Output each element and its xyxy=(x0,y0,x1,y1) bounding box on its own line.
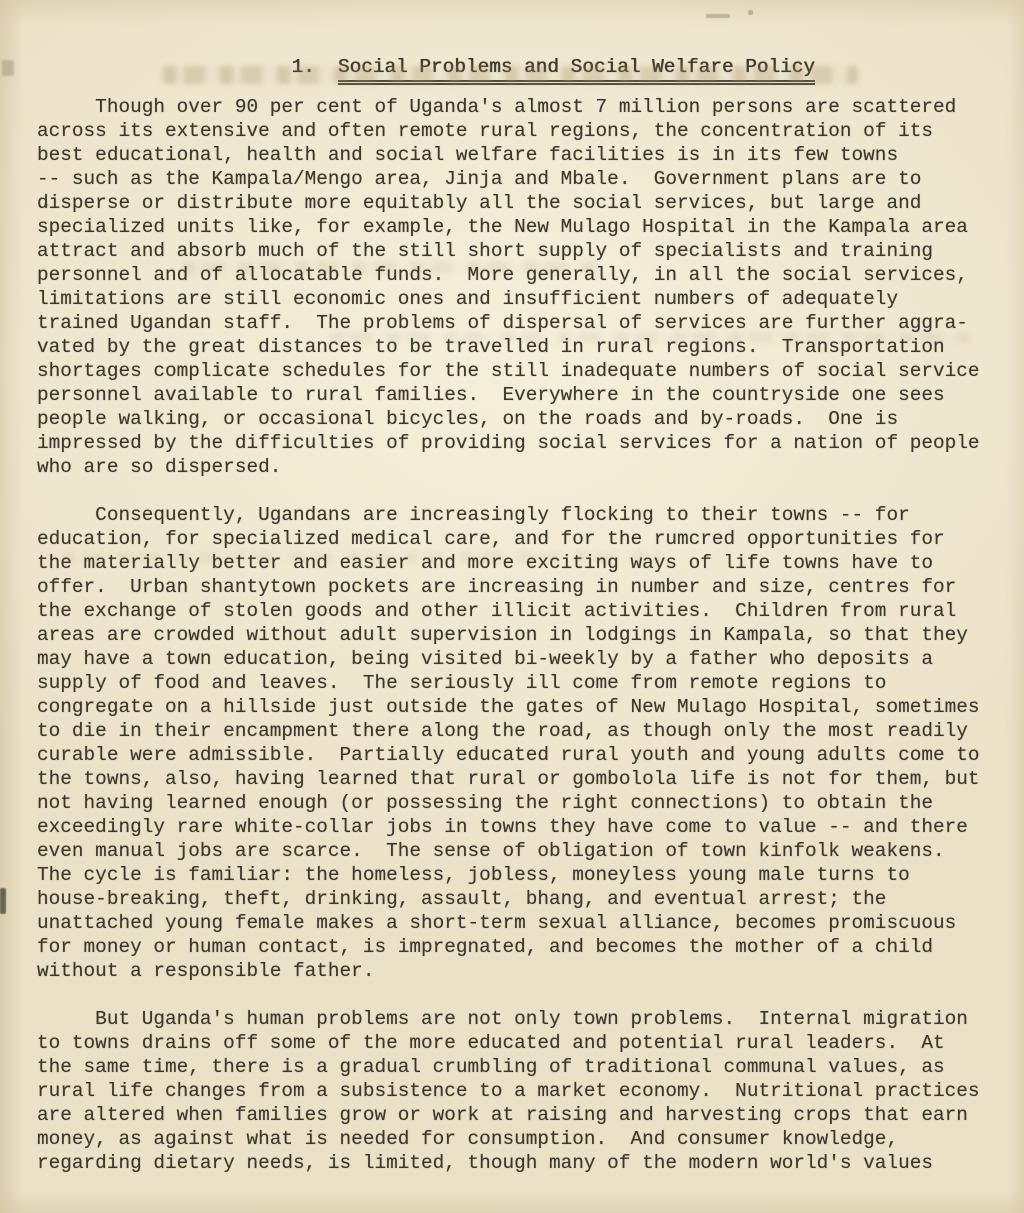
text-line: limitations are still economic ones and … xyxy=(37,287,1007,311)
text-line: education, for specialized medical care,… xyxy=(37,527,1007,551)
text-line: the same time, there is a gradual crumbl… xyxy=(37,1055,1007,1079)
text-line: personnel and of allocatable funds. More… xyxy=(37,263,1007,287)
text-line: to towns drains off some of the more edu… xyxy=(37,1031,1007,1055)
text-line: offer. Urban shantytown pockets are incr… xyxy=(37,575,1007,599)
scan-edge-mark xyxy=(0,888,6,914)
text-line: Consequently, Ugandans are increasingly … xyxy=(37,503,1007,527)
text-line: the materially better and easier and mor… xyxy=(37,551,1007,575)
text-line: not having learned enough (or possessing… xyxy=(37,791,1007,815)
text-line: are altered when families grow or work a… xyxy=(37,1103,1007,1127)
scan-smudge xyxy=(2,60,14,76)
text-line: The cycle is familiar: the homeless, job… xyxy=(37,863,1007,887)
paragraph: But Uganda's human problems are not only… xyxy=(37,1007,1007,1175)
text-line: even manual jobs are scarce. The sense o… xyxy=(37,839,1007,863)
text-line: But Uganda's human problems are not only… xyxy=(37,1007,1007,1031)
text-line: people walking, or occasional bicycles, … xyxy=(37,407,1007,431)
text-line: the towns, also, having learned that rur… xyxy=(37,767,1007,791)
text-line: -- such as the Kampala/Mengo area, Jinja… xyxy=(37,167,1007,191)
paragraph: Consequently, Ugandans are increasingly … xyxy=(37,503,1007,983)
text-line: congregate on a hillside just outside th… xyxy=(37,695,1007,719)
text-line: regarding dietary needs, is limited, tho… xyxy=(37,1151,1007,1175)
text-line: may have a town education, being visited… xyxy=(37,647,1007,671)
text-line: impressed by the difficulties of providi… xyxy=(37,431,1007,455)
scan-smudge xyxy=(706,14,730,18)
text-line: for money or human contact, is impregnat… xyxy=(37,935,1007,959)
section-title: Social Problems and Social Welfare Polic… xyxy=(338,55,815,85)
text-line: trained Ugandan staff. The problems of d… xyxy=(37,311,1007,335)
text-line: the exchange of stolen goods and other i… xyxy=(37,599,1007,623)
text-line: best educational, health and social welf… xyxy=(37,143,1007,167)
text-line: specialized units like, for example, the… xyxy=(37,215,1007,239)
text-line: who are so dispersed. xyxy=(37,455,1007,479)
document-page: 1.Social Problems and Social Welfare Pol… xyxy=(0,0,1024,1213)
text-line: unattached young female makes a short-te… xyxy=(37,911,1007,935)
text-line: rural life changes from a subsistence to… xyxy=(37,1079,1007,1103)
text-line: shortages complicate schedules for the s… xyxy=(37,359,1007,383)
text-line: disperse or distribute more equitably al… xyxy=(37,191,1007,215)
paragraph: Though over 90 per cent of Uganda's almo… xyxy=(37,95,1007,479)
text-line: exceedingly rare white-collar jobs in to… xyxy=(37,815,1007,839)
text-line: without a responsible father. xyxy=(37,959,1007,983)
text-line: across its extensive and often remote ru… xyxy=(37,119,1007,143)
text-line: house-breaking, theft, drinking, assault… xyxy=(37,887,1007,911)
section-number: 1. xyxy=(292,56,315,78)
text-line: supply of food and leaves. The seriously… xyxy=(37,671,1007,695)
text-line: Though over 90 per cent of Uganda's almo… xyxy=(37,95,1007,119)
text-line: to die in their encampment there along t… xyxy=(37,719,1007,743)
text-line: vated by the great distances to be trave… xyxy=(37,335,1007,359)
text-line: money, as against what is needed for con… xyxy=(37,1127,1007,1151)
text-line: curable were admissible. Partially educa… xyxy=(37,743,1007,767)
text-line: personnel available to rural families. E… xyxy=(37,383,1007,407)
text-line: areas are crowded without adult supervis… xyxy=(37,623,1007,647)
scan-speck xyxy=(748,10,753,15)
document-body: Though over 90 per cent of Uganda's almo… xyxy=(37,95,1007,1175)
text-line: attract and absorb much of the still sho… xyxy=(37,239,1007,263)
